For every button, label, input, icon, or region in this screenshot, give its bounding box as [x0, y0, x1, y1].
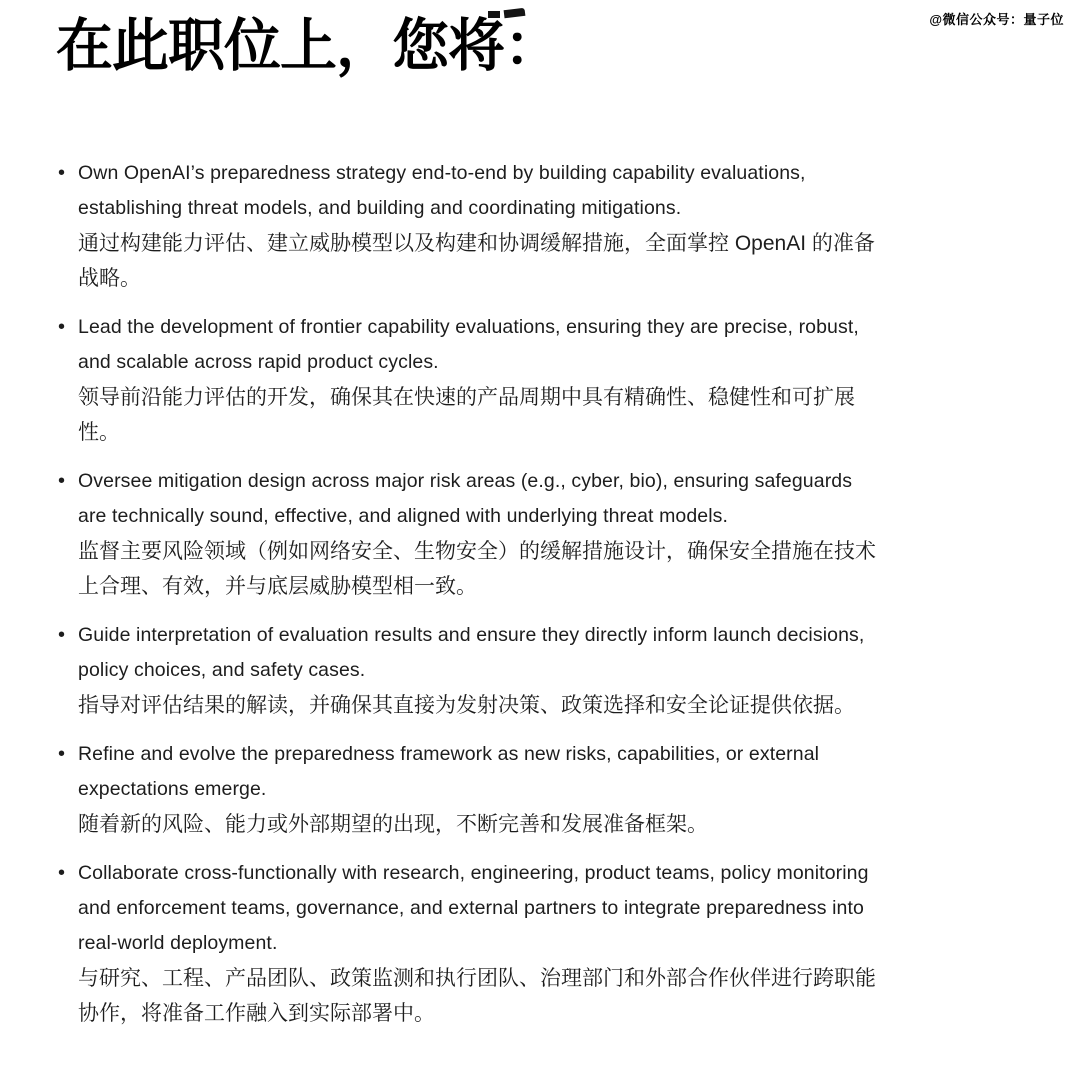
duty-text-en: Collaborate cross-functionally with rese… [78, 856, 879, 961]
bullet-dot-icon: • [58, 464, 65, 499]
duty-text-en: Refine and evolve the preparedness frame… [78, 737, 879, 807]
bullet-dot-icon: • [58, 618, 65, 653]
duty-text-zh: 通过构建能力评估、建立威胁模型以及构建和协调缓解措施，全面掌控 OpenAI 的… [78, 226, 879, 296]
bullet-dot-icon: • [58, 156, 65, 191]
list-item: • Refine and evolve the preparedness fra… [57, 737, 879, 842]
bullet-dot-icon: • [58, 310, 65, 345]
watermark: @微信公众号：量子位 [929, 9, 1064, 28]
page-heading: 在此职位上，您将： [56, 14, 560, 78]
bullet-dot-icon: • [58, 856, 65, 891]
bullet-dot-icon: • [58, 737, 65, 772]
job-duties-list: • Own OpenAI’s preparedness strategy end… [57, 156, 879, 1031]
duty-text-zh: 监督主要风险领域（例如网络安全、生物安全）的缓解措施设计，确保安全措施在技术上合… [78, 534, 879, 604]
duty-text-zh: 领导前沿能力评估的开发，确保其在快速的产品周期中具有精确性、稳健性和可扩展性。 [78, 380, 879, 450]
duty-text-zh: 指导对评估结果的解读，并确保其直接为发射决策、政策选择和安全论证提供依据。 [78, 688, 879, 723]
duty-text-en: Oversee mitigation design across major r… [78, 464, 879, 534]
duty-text-en: Guide interpretation of evaluation resul… [78, 618, 879, 688]
duty-text-en: Own OpenAI’s preparedness strategy end-t… [78, 156, 879, 226]
duty-text-zh: 与研究、工程、产品团队、政策监测和执行团队、治理部门和外部合作伙伴进行跨职能协作… [78, 961, 879, 1031]
list-item: • Guide interpretation of evaluation res… [57, 618, 879, 723]
duty-text-zh: 随着新的风险、能力或外部期望的出现，不断完善和发展准备框架。 [78, 807, 879, 842]
duty-text-en: Lead the development of frontier capabil… [78, 310, 879, 380]
list-item: • Collaborate cross-functionally with re… [57, 856, 879, 1031]
list-item: • Lead the development of frontier capab… [57, 310, 879, 450]
list-item: • Own OpenAI’s preparedness strategy end… [57, 156, 879, 296]
list-item: • Oversee mitigation design across major… [57, 464, 879, 604]
